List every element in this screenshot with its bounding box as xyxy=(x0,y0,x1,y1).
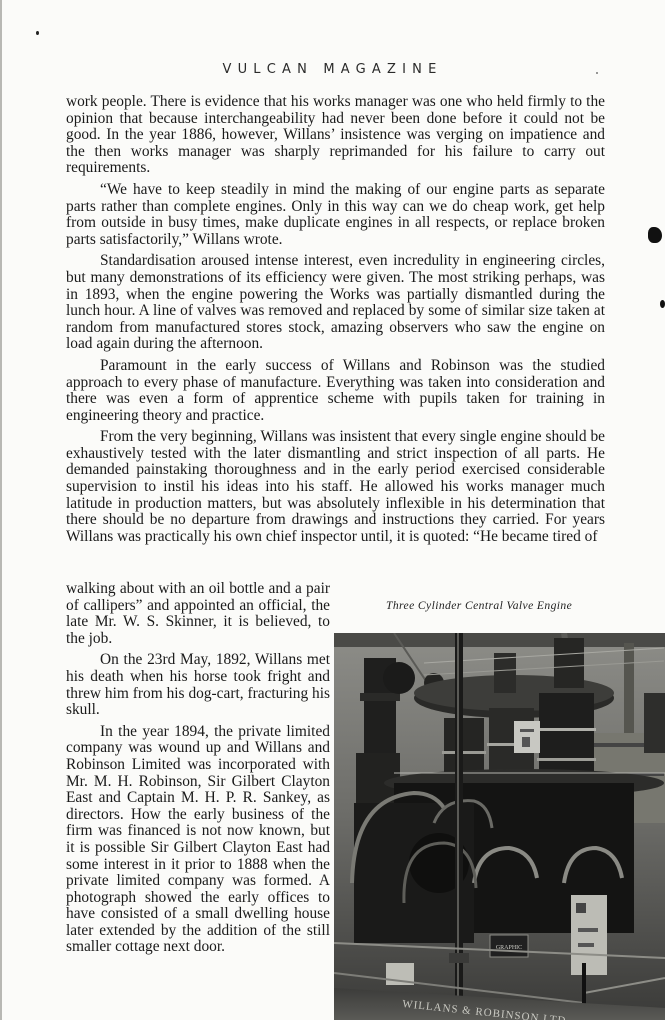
ink-blot xyxy=(648,227,662,243)
paragraph: walking about with an oil bottle and a p… xyxy=(66,581,330,647)
ink-blot xyxy=(660,300,665,308)
paragraph: On the 23rd May, 1892, Willans met his d… xyxy=(66,652,330,718)
paragraph: In the year 1894, the private limited co… xyxy=(66,724,330,956)
page-edge xyxy=(0,0,2,1020)
figure-caption: Three Cylinder Central Valve Engine xyxy=(386,599,572,612)
paragraph: From the very beginning, Willans was ins… xyxy=(66,429,605,545)
paragraph: work people. There is evidence that his … xyxy=(66,94,605,177)
print-speck xyxy=(36,31,39,35)
engine-illustration: GRAPHIC WILLANS & ROBINSON LTD xyxy=(334,633,665,1020)
article-body: work people. There is evidence that his … xyxy=(66,94,605,550)
paragraph: Paramount in the early success of Willan… xyxy=(66,358,605,424)
paragraph: “We have to keep steadily in mind the ma… xyxy=(66,182,605,248)
paragraph: Standardisation aroused intense interest… xyxy=(66,253,605,353)
running-title: VULCAN MAGAZINE xyxy=(0,62,665,77)
engine-photograph: GRAPHIC WILLANS & ROBINSON LTD xyxy=(334,633,665,1020)
article-column-left: walking about with an oil bottle and a p… xyxy=(66,581,330,961)
